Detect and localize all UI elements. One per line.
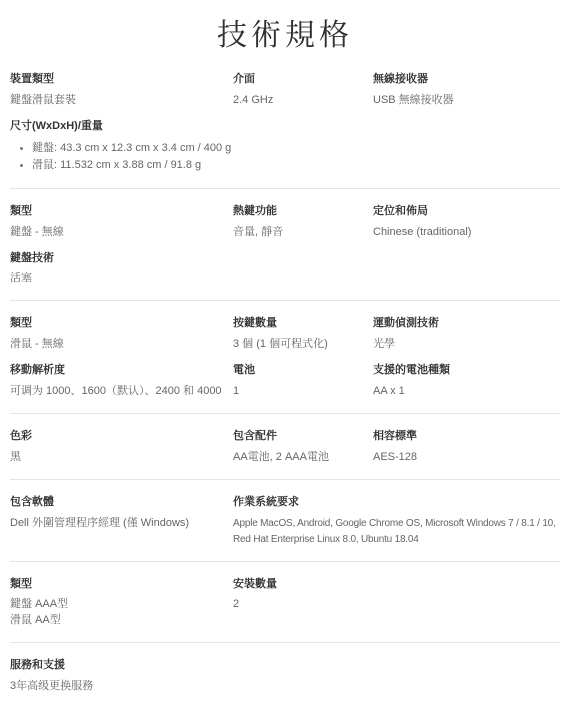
spec-wireless-receiver: 無線接收器 USB 無線接收器 — [373, 72, 560, 109]
dimension-item-mouse: 滑鼠: 11.532 cm x 3.88 cm / 91.8 g — [32, 157, 552, 175]
motion-detection-value: 光學 — [373, 337, 552, 353]
section-divider — [10, 642, 560, 643]
spec-row-mouse: 類型 滑鼠 - 無線 按鍵數量 3 個 (1 個可程式化) 運動偵測技術 光學 — [10, 316, 560, 353]
supported-battery-value: AA x 1 — [373, 384, 552, 400]
included-software-value: Dell 外圍管理程序經理 (僅 Windows) — [10, 516, 225, 532]
spec-included-software: 包含軟體 Dell 外圍管理程序經理 (僅 Windows) — [10, 495, 233, 548]
battery-model-keyboard: 鍵盤 AAA型 — [10, 597, 225, 613]
spec-button-count: 按鍵數量 3 個 (1 個可程式化) — [233, 316, 373, 353]
spec-row-keyboard-tech: 鍵盤技術 活塞 — [10, 251, 560, 288]
service-support-value: 3年高级更换服務 — [10, 679, 552, 695]
os-requirements-line2: Red Hat Enterprise Linux 8.0, Ubuntu 18.… — [233, 532, 552, 548]
page-title: 技術規格 — [10, 10, 560, 54]
spec-row-battery-model: 類型 鍵盤 AAA型 滑鼠 AA型 安裝數量 2 — [10, 577, 560, 630]
spec-supported-battery: 支援的電池種類 AA x 1 — [373, 363, 560, 400]
compatibility-standard-value: AES-128 — [373, 450, 552, 466]
service-support-label: 服務和支援 — [10, 658, 552, 673]
hotkey-function-value: 音量, 靜音 — [233, 225, 365, 241]
spec-keyboard-type: 類型 鍵盤 - 無線 — [10, 204, 233, 241]
dimension-item-keyboard: 鍵盤: 43.3 cm x 12.3 cm x 3.4 cm / 400 g — [32, 140, 552, 158]
spec-mouse-type: 類型 滑鼠 - 無線 — [10, 316, 233, 353]
spec-battery-count: 電池 1 — [233, 363, 373, 400]
color-value: 黑 — [10, 450, 225, 466]
hotkey-function-label: 熱鍵功能 — [233, 204, 365, 219]
motion-detection-label: 運動偵測技術 — [373, 316, 552, 331]
spec-hotkey-function: 熱鍵功能 音量, 靜音 — [233, 204, 373, 241]
movement-resolution-label: 移動解析度 — [10, 363, 225, 378]
compatibility-standard-label: 相容標準 — [373, 429, 552, 444]
section-divider — [10, 479, 560, 480]
spec-install-quantity: 安裝數量 2 — [233, 577, 373, 630]
spec-row-keyboard: 類型 鍵盤 - 無線 熱鍵功能 音量, 靜音 定位和佈局 Chinese (tr… — [10, 204, 560, 241]
included-accessories-value: AA電池, 2 AAA電池 — [233, 450, 365, 466]
spec-battery-model-type: 類型 鍵盤 AAA型 滑鼠 AA型 — [10, 577, 233, 630]
keyboard-type-value: 鍵盤 - 無線 — [10, 225, 225, 241]
battery-count-label: 電池 — [233, 363, 365, 378]
localization-layout-label: 定位和佈局 — [373, 204, 552, 219]
included-accessories-label: 包含配件 — [233, 429, 365, 444]
battery-model-mouse: 滑鼠 AA型 — [10, 613, 225, 629]
section-divider — [10, 188, 560, 189]
spec-motion-detection: 運動偵測技術 光學 — [373, 316, 560, 353]
mouse-type-value: 滑鼠 - 無線 — [10, 337, 225, 353]
spec-row-dimensions: 尺寸(WxDxH)/重量 鍵盤: 43.3 cm x 12.3 cm x 3.4… — [10, 119, 560, 175]
interface-label: 介面 — [233, 72, 365, 87]
os-requirements-label: 作業系統要求 — [233, 495, 552, 510]
spec-interface: 介面 2.4 GHz — [233, 72, 373, 109]
color-label: 色彩 — [10, 429, 225, 444]
spec-localization-layout: 定位和佈局 Chinese (traditional) — [373, 204, 560, 241]
spec-sheet: 技術規格 裝置類型 鍵盤滑鼠套裝 介面 2.4 GHz 無線接收器 USB 無線… — [0, 0, 570, 717]
spec-row-color-accessories: 色彩 黑 包含配件 AA電池, 2 AAA電池 相容標準 AES-128 — [10, 429, 560, 466]
os-requirements-line1: Apple MacOS, Android, Google Chrome OS, … — [233, 516, 552, 532]
interface-value: 2.4 GHz — [233, 93, 365, 109]
dimensions-weight-label: 尺寸(WxDxH)/重量 — [10, 119, 552, 134]
spec-color: 色彩 黑 — [10, 429, 233, 466]
battery-count-value: 1 — [233, 384, 365, 400]
spec-row-general: 裝置類型 鍵盤滑鼠套裝 介面 2.4 GHz 無線接收器 USB 無線接收器 — [10, 72, 560, 109]
localization-layout-value: Chinese (traditional) — [373, 225, 552, 241]
spec-compatibility-standard: 相容標準 AES-128 — [373, 429, 560, 466]
keyboard-type-label: 類型 — [10, 204, 225, 219]
section-divider — [10, 413, 560, 414]
movement-resolution-value: 可调为 1000、1600（默认）、2400 和 4000 — [10, 384, 225, 400]
battery-model-type-value: 鍵盤 AAA型 滑鼠 AA型 — [10, 597, 225, 629]
section-divider — [10, 561, 560, 562]
mouse-type-label: 類型 — [10, 316, 225, 331]
device-type-value: 鍵盤滑鼠套裝 — [10, 93, 225, 109]
spec-row-mouse-battery: 移動解析度 可调为 1000、1600（默认）、2400 和 4000 電池 1… — [10, 363, 560, 400]
spec-dimensions-weight: 尺寸(WxDxH)/重量 鍵盤: 43.3 cm x 12.3 cm x 3.4… — [10, 119, 560, 175]
dimensions-list: 鍵盤: 43.3 cm x 12.3 cm x 3.4 cm / 400 g 滑… — [32, 140, 552, 175]
spec-movement-resolution: 移動解析度 可调为 1000、1600（默认）、2400 和 4000 — [10, 363, 233, 400]
spec-row-service: 服務和支援 3年高级更换服務 — [10, 658, 560, 695]
spec-device-type: 裝置類型 鍵盤滑鼠套裝 — [10, 72, 233, 109]
included-software-label: 包含軟體 — [10, 495, 225, 510]
wireless-receiver-label: 無線接收器 — [373, 72, 552, 87]
section-divider — [10, 300, 560, 301]
spec-service-support: 服務和支援 3年高级更换服務 — [10, 658, 560, 695]
keyboard-technology-label: 鍵盤技術 — [10, 251, 225, 266]
device-type-label: 裝置類型 — [10, 72, 225, 87]
os-requirements-value: Apple MacOS, Android, Google Chrome OS, … — [233, 516, 552, 548]
install-quantity-value: 2 — [233, 597, 365, 613]
spec-keyboard-technology: 鍵盤技術 活塞 — [10, 251, 233, 288]
keyboard-technology-value: 活塞 — [10, 271, 225, 287]
spec-os-requirements: 作業系統要求 Apple MacOS, Android, Google Chro… — [233, 495, 560, 548]
spec-included-accessories: 包含配件 AA電池, 2 AAA電池 — [233, 429, 373, 466]
wireless-receiver-value: USB 無線接收器 — [373, 93, 552, 109]
supported-battery-label: 支援的電池種類 — [373, 363, 552, 378]
button-count-label: 按鍵數量 — [233, 316, 365, 331]
battery-model-type-label: 類型 — [10, 577, 225, 592]
button-count-value: 3 個 (1 個可程式化) — [233, 337, 365, 353]
install-quantity-label: 安裝數量 — [233, 577, 365, 592]
spec-row-software-os: 包含軟體 Dell 外圍管理程序經理 (僅 Windows) 作業系統要求 Ap… — [10, 495, 560, 548]
